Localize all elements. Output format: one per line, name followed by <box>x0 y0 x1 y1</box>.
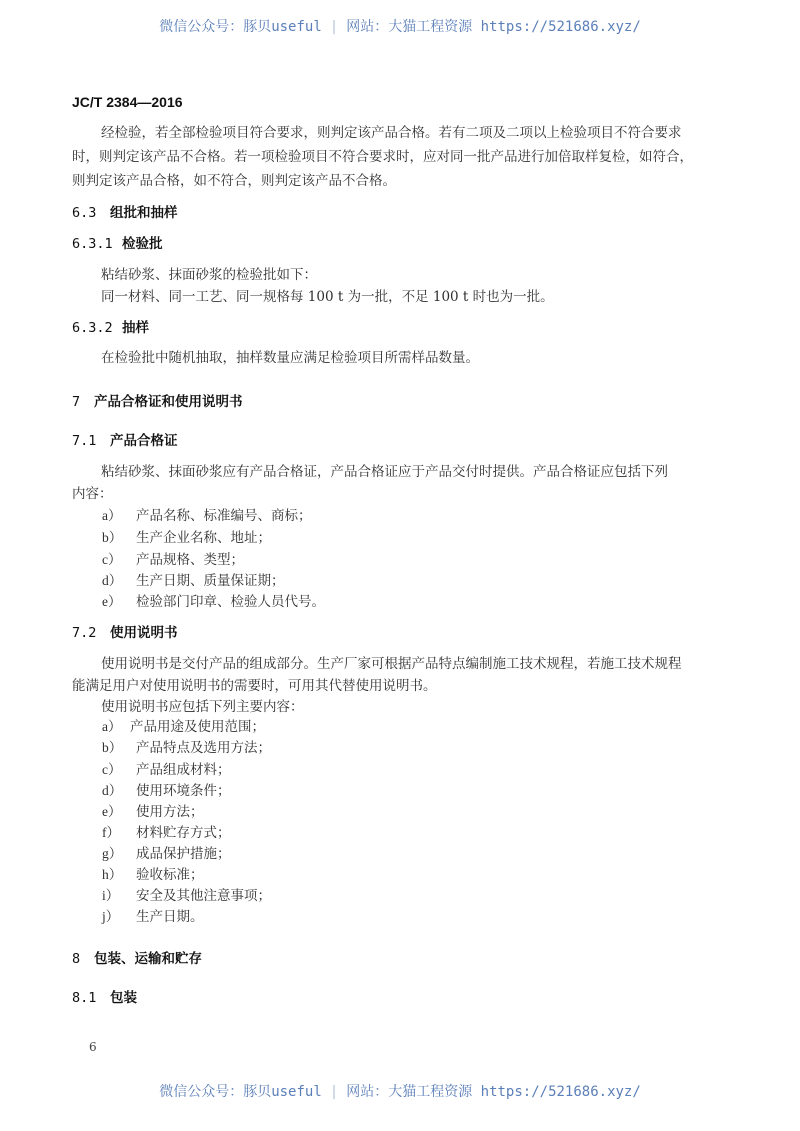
heading-number: 6.3 <box>72 203 110 223</box>
list-item: j）生产日期。 <box>102 907 204 927</box>
heading-number: 8.1 <box>72 988 110 1008</box>
heading-number: 7.2 <box>72 623 110 643</box>
watermark-bottom: 微信公众号：豚贝useful|网站：大猫工程资源 https://521686.… <box>0 1082 800 1102</box>
page-number: 6 <box>89 1040 97 1054</box>
list-item: a）产品名称、标准编号、商标； <box>102 506 312 526</box>
heading-number: 6.3.2 <box>72 318 122 338</box>
list-item: d）生产日期、质量保证期； <box>102 571 285 591</box>
heading-8-1: 8.1包装 <box>72 988 137 1008</box>
list-item: h）验收标准； <box>102 865 204 885</box>
list-item: a）产品用途及使用范围； <box>102 717 265 737</box>
heading-number: 7.1 <box>72 431 110 451</box>
intro-line-1: 经检验，若全部检验项目符合要求，则判定该产品合格。若有二项及二项以上检验项目不符… <box>101 123 682 143</box>
intro-line-3: 则判定该产品合格，如不符合，则判定该产品不合格。 <box>72 171 396 191</box>
heading-title: 抽样 <box>122 320 149 336</box>
list-item: b）生产企业名称、地址； <box>102 528 271 548</box>
heading-8: 8包装、运输和贮存 <box>72 949 202 969</box>
heading-6-3-2: 6.3.2抽样 <box>72 318 149 338</box>
heading-6-3-1: 6.3.1检验批 <box>72 234 163 254</box>
heading-number: 7 <box>72 392 94 412</box>
list-item: c）产品规格、类型； <box>102 550 244 570</box>
watermark-top: 微信公众号：豚贝useful|网站：大猫工程资源 https://521686.… <box>0 17 800 37</box>
heading-title: 产品合格证和使用说明书 <box>94 394 243 410</box>
heading-title: 检验批 <box>122 236 163 252</box>
list-item: i）安全及其他注意事项； <box>102 886 271 906</box>
heading-7-1: 7.1产品合格证 <box>72 431 178 451</box>
heading-7-2: 7.2使用说明书 <box>72 623 178 643</box>
intro-line-2: 时，则判定该产品不合格。若一项检验项目不符合要求时，应对同一批产品进行加倍取样复… <box>72 147 693 167</box>
standard-code: JC/T 2384—2016 <box>72 93 183 111</box>
heading-number: 8 <box>72 949 94 969</box>
list-item: g）成品保护措施； <box>102 844 231 864</box>
heading-6-3: 6.3组批和抽样 <box>72 203 178 223</box>
certificate-line-2: 内容： <box>72 484 113 504</box>
inspection-batch-line-1: 粘结砂浆、抹面砂浆的检验批如下： <box>101 265 317 285</box>
heading-title: 使用说明书 <box>110 625 178 641</box>
sampling-line-1: 在检验批中随机抽取，抽样数量应满足检验项目所需样品数量。 <box>101 348 479 368</box>
watermark-site: 网站：大猫工程资源 https://521686.xyz/ <box>346 1084 641 1100</box>
watermark-separator: | <box>330 19 338 35</box>
watermark-separator: | <box>330 1084 338 1100</box>
heading-number: 6.3.1 <box>72 234 122 254</box>
list-item: d）使用环境条件； <box>102 781 231 801</box>
heading-title: 产品合格证 <box>110 433 178 449</box>
list-item: c）产品组成材料； <box>102 760 231 780</box>
list-item: f）材料贮存方式； <box>102 823 231 843</box>
certificate-line-1: 粘结砂浆、抹面砂浆应有产品合格证，产品合格证应于产品交付时提供。产品合格证应包括… <box>101 462 668 482</box>
manual-line-1: 使用说明书是交付产品的组成部分。生产厂家可根据产品特点编制施工技术规程，若施工技… <box>101 654 682 674</box>
list-item: b）产品特点及选用方法； <box>102 738 271 758</box>
list-item: e）检验部门印章、检验人员代号。 <box>102 592 325 612</box>
manual-line-3: 使用说明书应包括下列主要内容： <box>101 697 304 717</box>
watermark-wechat: 微信公众号：豚贝useful <box>159 19 322 35</box>
heading-title: 组批和抽样 <box>110 205 178 221</box>
inspection-batch-line-2: 同一材料、同一工艺、同一规格每 100 t 为一批，不足 100 t 时也为一批… <box>101 287 554 307</box>
watermark-site: 网站：大猫工程资源 https://521686.xyz/ <box>346 19 641 35</box>
heading-title: 包装、运输和贮存 <box>94 951 202 967</box>
heading-title: 包装 <box>110 990 137 1006</box>
list-item: e）使用方法； <box>102 802 204 822</box>
heading-7: 7产品合格证和使用说明书 <box>72 392 243 412</box>
manual-line-2: 能满足用户对使用说明书的需要时，可用其代替使用说明书。 <box>72 676 437 696</box>
watermark-wechat: 微信公众号：豚贝useful <box>159 1084 322 1100</box>
